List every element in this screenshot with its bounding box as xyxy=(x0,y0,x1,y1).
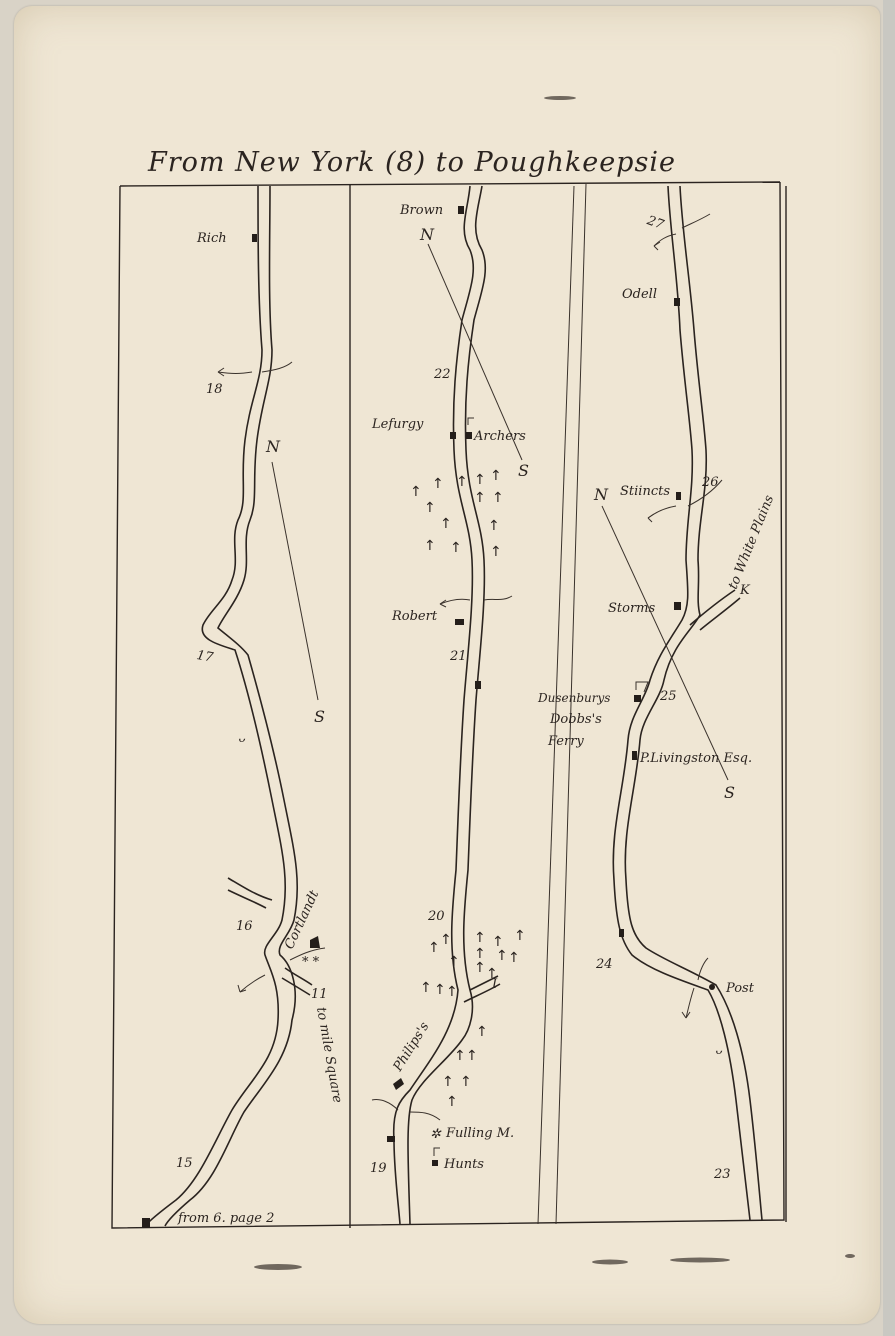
panel-right: N S 27 Odell Stiincts 26 to White Plains… xyxy=(537,186,777,1220)
label-from-page: from 6. page 2 xyxy=(177,1211,274,1226)
compass-needle xyxy=(428,244,522,460)
svg-text:↑: ↑ xyxy=(440,932,452,948)
mile-marker-16: 16 xyxy=(236,919,253,934)
label-odell: Odell xyxy=(622,287,657,302)
map-title: From New York (8) to Poughkeepsie xyxy=(147,147,676,178)
label-rich: Rich xyxy=(196,231,227,246)
svg-text:↑: ↑ xyxy=(450,540,462,556)
mile-marker-24: 24 xyxy=(595,957,613,972)
mile-marker-19: 19 xyxy=(370,1161,387,1176)
label-post: Post xyxy=(725,981,755,996)
svg-text:↑: ↑ xyxy=(474,960,486,976)
svg-text:↑: ↑ xyxy=(440,516,452,532)
building-dusenburys xyxy=(634,695,641,702)
compass-north: N xyxy=(265,437,281,456)
compass-south: S xyxy=(518,461,529,480)
building-archers xyxy=(466,432,472,439)
svg-text:↑: ↑ xyxy=(466,1048,478,1064)
label-hunts: Hunts xyxy=(443,1157,484,1172)
svg-text:↑: ↑ xyxy=(460,1074,472,1090)
plate-border xyxy=(112,182,786,1228)
label-i: I xyxy=(491,977,498,992)
river-mark: ᴗ xyxy=(715,1043,723,1057)
mile-marker-23: 23 xyxy=(713,1167,731,1182)
label-to-mile-square: to mile Square xyxy=(313,1006,345,1104)
label-to-white-plains: to White Plains xyxy=(726,493,777,592)
svg-text:↑: ↑ xyxy=(446,1094,458,1110)
label-brown: Brown xyxy=(399,203,443,218)
label-k: K xyxy=(739,583,751,598)
svg-text:↑: ↑ xyxy=(432,476,444,492)
svg-text:↑: ↑ xyxy=(508,950,520,966)
building-livingston xyxy=(632,751,637,760)
mile-marker-17: 17 xyxy=(195,648,215,666)
building-robert xyxy=(455,619,464,625)
mile-marker-21: 21 xyxy=(449,649,467,664)
label-archers: Archers xyxy=(473,429,526,444)
svg-text:↑: ↑ xyxy=(496,948,508,964)
panel-left: N S Rich 18 17 16 15 Cortlandt * * 11 to… xyxy=(142,186,345,1228)
mile-marker-26: 26 xyxy=(701,475,719,490)
svg-text:↑: ↑ xyxy=(434,982,446,998)
svg-text:↑: ↑ xyxy=(490,544,502,560)
svg-text:↑: ↑ xyxy=(428,940,440,956)
fulling-mill-icon: ✲ xyxy=(430,1127,442,1142)
building-philips xyxy=(393,1078,404,1090)
river-mark: ᴗ xyxy=(238,731,246,745)
compass-needle xyxy=(602,506,728,780)
label-dobbs-ferry-1: Dobbs's xyxy=(549,712,602,727)
svg-text:↑: ↑ xyxy=(474,472,486,488)
svg-text:↑: ↑ xyxy=(446,984,458,1000)
building-lefurgy xyxy=(450,432,456,439)
mile-marker-15: 15 xyxy=(176,1156,193,1171)
building-odell xyxy=(674,298,680,306)
svg-text:↑: ↑ xyxy=(410,484,422,500)
road-map: From New York (8) to Poughkeepsie N S xyxy=(0,0,895,1336)
mile-marker-27: 27 xyxy=(644,213,666,233)
building-rich xyxy=(252,234,257,242)
compass-north: N xyxy=(593,485,609,504)
mile-marker-22: 22 xyxy=(433,367,451,382)
asterisk-marks: * * xyxy=(302,955,320,970)
compass-south: S xyxy=(724,783,735,802)
svg-text:↑: ↑ xyxy=(442,1074,454,1090)
building-cortlandt xyxy=(310,936,320,948)
svg-text:↑: ↑ xyxy=(474,930,486,946)
svg-text:↑: ↑ xyxy=(514,928,526,944)
mile-marker-18: 18 xyxy=(206,382,223,397)
label-lefurgy: Lefurgy xyxy=(371,417,424,432)
label-p-livingston: P.Livingston Esq. xyxy=(639,751,752,766)
mile-marker-20: 20 xyxy=(427,909,445,924)
building-post xyxy=(709,984,715,990)
svg-text:↑: ↑ xyxy=(488,518,500,534)
svg-text:↑: ↑ xyxy=(456,474,468,490)
compass-needle xyxy=(272,462,318,700)
building-brown xyxy=(458,206,464,214)
panel-middle: ↑↑↑ ↑↑ ↑↑↑ ↑↑ ↑↑↑ ↑↑↑ ↑↑↑ ↑↑↑ ↑↑↑ ↑↑ ↑↑↑… xyxy=(370,186,529,1224)
building-storms xyxy=(674,602,681,610)
svg-text:↑: ↑ xyxy=(424,500,436,516)
tree-symbols: ↑↑↑ ↑↑ ↑↑↑ ↑↑ ↑↑↑ ↑↑↑ ↑↑↑ ↑↑↑ ↑↑↑ ↑↑ ↑↑↑… xyxy=(410,468,526,1110)
building-hunts xyxy=(432,1160,438,1166)
label-eleven: 11 xyxy=(311,987,328,1002)
label-dobbs-ferry-2: Ferry xyxy=(547,734,584,749)
compass-north: N xyxy=(419,225,435,244)
svg-text:↑: ↑ xyxy=(474,490,486,506)
compass-south: S xyxy=(314,707,325,726)
svg-text:↑: ↑ xyxy=(490,468,502,484)
label-dusenburys: Dusenburys xyxy=(537,691,610,705)
svg-text:↑: ↑ xyxy=(454,1048,466,1064)
svg-text:↑: ↑ xyxy=(448,954,460,970)
mile-marker-25: 25 xyxy=(659,689,677,704)
svg-text:↑: ↑ xyxy=(424,538,436,554)
svg-text:↑: ↑ xyxy=(476,1024,488,1040)
label-storms: Storms xyxy=(608,601,655,616)
svg-text:↑: ↑ xyxy=(420,980,432,996)
label-stiincts: Stiincts xyxy=(620,484,670,499)
svg-text:↑: ↑ xyxy=(492,490,504,506)
building-stiincts xyxy=(676,492,681,500)
label-robert: Robert xyxy=(391,609,438,624)
label-fulling-mill: Fulling M. xyxy=(445,1126,514,1141)
